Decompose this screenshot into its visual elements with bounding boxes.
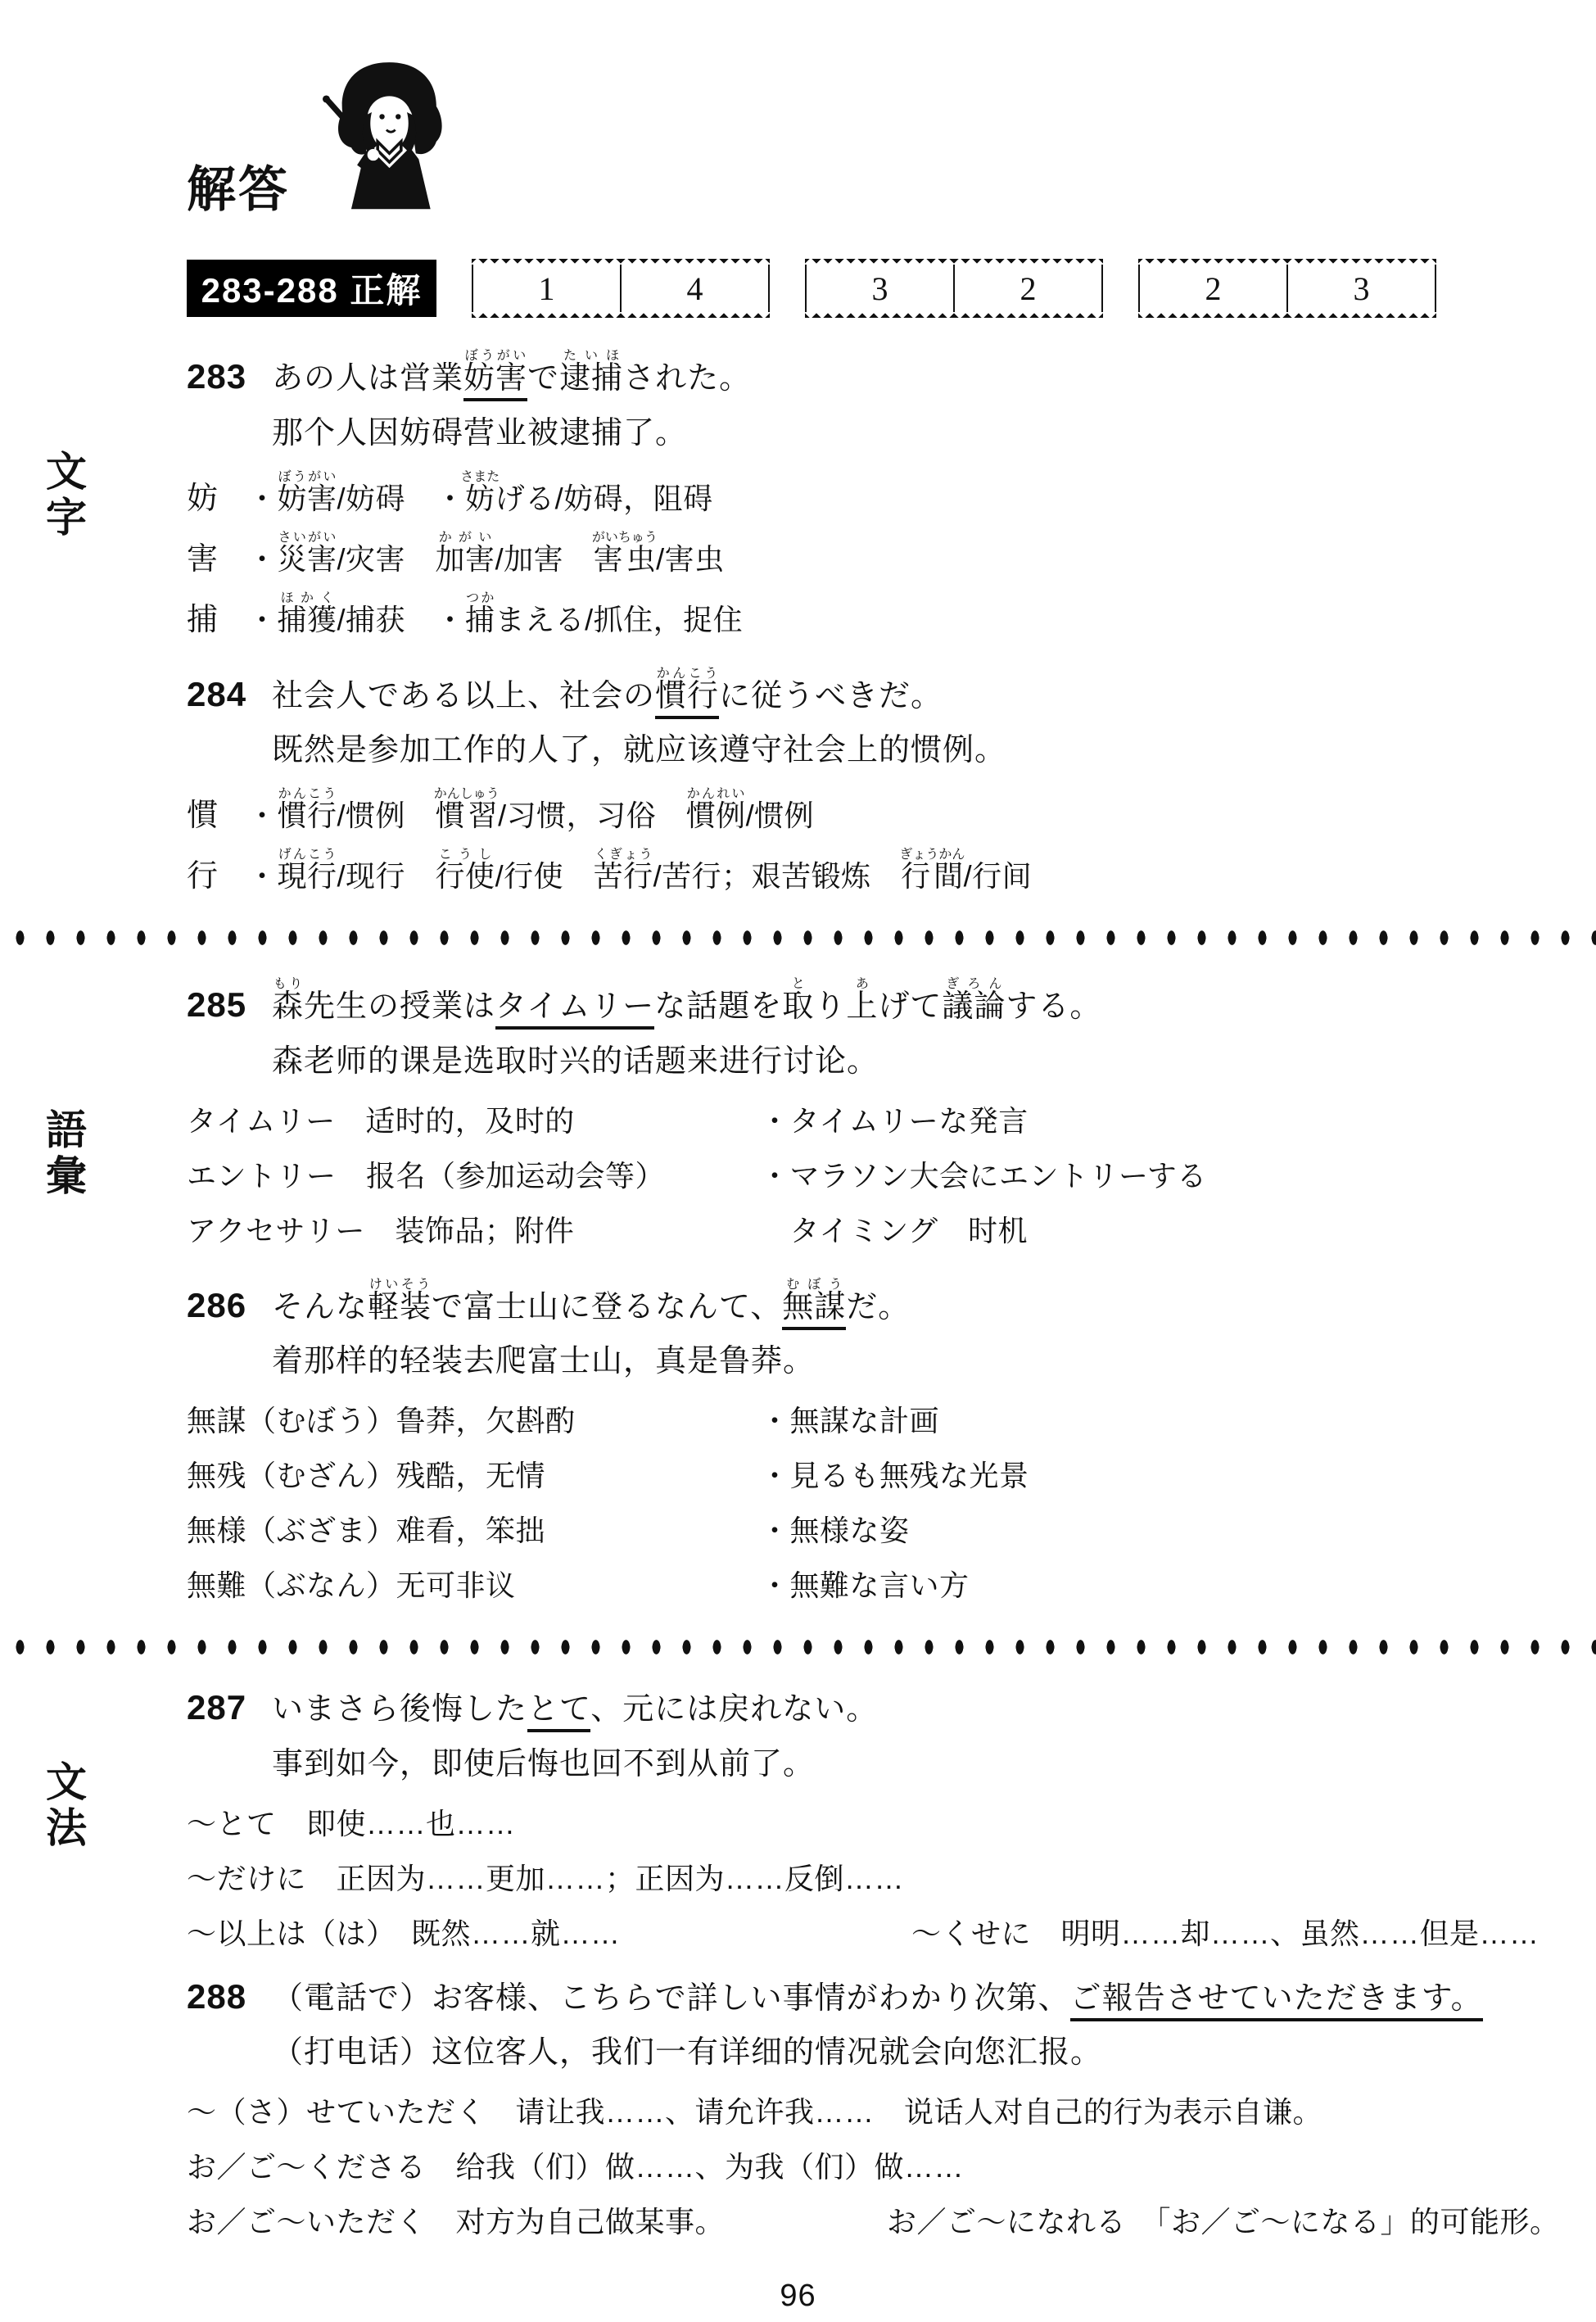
explanation-lines: タイムリー 适时的，及时的・タイムリーな発言エントリー 报名（参加运动会等）・マ…	[187, 1098, 1547, 1250]
explanation-line: ～以上は（は） 既然……就……～くせに 明明……却……、虽然……但是……	[187, 1911, 1547, 1953]
explanation-column: 無難（ぶなん）无可非议	[187, 1563, 760, 1605]
chinese-translation: 森老师的课是选取时兴的话题来进行讨论。	[272, 1035, 1547, 1080]
answer-cell: 2	[953, 265, 1101, 312]
explanation-column: ・現行げんこう/现行 行使こうし/行使 苦行くぎょう/苦行；艰苦锻炼 行間ぎょう…	[247, 848, 1032, 895]
explanation-column: ・妨害ぼうがい/妨碍 ・妨さまたげる/妨碍，阻碍	[247, 470, 713, 518]
explanation-column: アクセサリー 装饰品；附件	[187, 1208, 760, 1250]
explanation-column: エントリー 报名（参加运动会等）	[187, 1153, 760, 1195]
kanji-head: 行	[187, 850, 247, 895]
question-285: 285 森もり先生の授業はタイムリーな話題を取とり上あげて議論ぎろんする。 森老…	[187, 977, 1547, 1250]
question-number: 283	[187, 357, 255, 396]
answer-cell: 1	[473, 265, 620, 312]
explanation-lines: ～とて 即使……也……～だけに 正因为……更加……；正因为……反倒……～以上は（…	[187, 1801, 1547, 1953]
explanation-column: お／ご～くださる 给我（们）做……、为我（们）做……	[187, 2144, 964, 2186]
explanation-line: 無難（ぶなん）无可非议・無難な言い方	[187, 1563, 1547, 1605]
explanation-lines: 慣・慣行かんこう/惯例 慣習かんしゅう/习惯，习俗 慣例かんれい/惯例行・現行げ…	[187, 787, 1547, 895]
answer-range-label: 283-288 正解	[187, 260, 436, 317]
question-number: 288	[187, 1977, 255, 2016]
question-286: 286 そんな軽装けいそうで富士山に登るなんて、無謀むぼうだ。 着那样的轻装去爬…	[187, 1278, 1547, 1605]
question-287: 287 いまさら後悔したとて、元には戻れない。 事到如今，即使后悔也回不到从前了…	[187, 1688, 1547, 1953]
explanation-line: 慣・慣行かんこう/惯例 慣習かんしゅう/习惯，习俗 慣例かんれい/惯例	[187, 787, 1547, 835]
explanation-column: ・災害さいがい/灾害 加害かがい/加害 害虫がいちゅう/害虫	[247, 531, 725, 578]
chinese-translation: （打电话）这位客人，我们一有详细的情况就会向您汇报。	[272, 2026, 1547, 2071]
explanation-line: 妨・妨害ぼうがい/妨碍 ・妨さまたげる/妨碍，阻碍	[187, 470, 1547, 518]
explanation-line: 無謀（むぼう）鲁莽，欠斟酌・無謀な計画	[187, 1398, 1547, 1440]
explanation-column: タイミング 时机	[760, 1208, 1028, 1250]
sidebar-label-bunpou: 文法	[43, 1759, 92, 1851]
explanation-line: ～とて 即使……也……	[187, 1801, 1547, 1843]
explanation-column: お／ご～いただく 对方为自己做某事。	[187, 2199, 887, 2241]
answer-box-1: 1 4	[472, 265, 770, 312]
explanation-column: ・タイムリーな発言	[760, 1098, 1029, 1140]
header: 解答	[187, 45, 1596, 221]
chinese-translation: 着那样的轻装去爬富士山，真是鲁莽。	[272, 1335, 1547, 1380]
explanation-column: ～（さ）せていただく 请让我……、请允许我…… 说话人对自己的行为表示自谦。	[187, 2089, 1322, 2131]
chinese-translation: 既然是参加工作的人了，就应该遵守社会上的惯例。	[272, 724, 1547, 769]
girl-teacher-illustration	[301, 53, 477, 221]
chinese-translation: 那个人因妨碍营业被逮捕了。	[272, 407, 1547, 452]
page-title: 解答	[187, 165, 290, 221]
question-283: 283 あの人は営業妨害ぼうがいで逮捕たいほされた。 那个人因妨碍营业被逮捕了。…	[187, 349, 1547, 639]
explanation-line: エントリー 报名（参加运动会等）・マラソン大会にエントリーする	[187, 1153, 1547, 1195]
sidebar-label-goi: 語彙	[43, 1107, 92, 1199]
question-number: 284	[187, 675, 255, 714]
explanation-column: タイムリー 适时的，及时的	[187, 1098, 760, 1140]
answer-cell: 4	[620, 265, 768, 312]
explanation-column: ～だけに 正因为……更加……；正因为……反倒……	[187, 1856, 911, 1898]
explanation-column: ・無難な言い方	[760, 1563, 970, 1605]
explanation-line: 無様（ぶざま）难看，笨拙・無様な姿	[187, 1508, 1547, 1550]
question-sentence: 社会人である以上、社会の慣行かんこうに従うべきだ。	[272, 667, 943, 717]
question-284: 284 社会人である以上、社会の慣行かんこうに従うべきだ。 既然是参加工作的人了…	[187, 667, 1547, 896]
explanation-column: 無残（むざん）残酷，无情	[187, 1453, 760, 1495]
explanation-column: ～以上は（は） 既然……就……	[187, 1911, 911, 1953]
question-sentence: （電話で）お客様、こちらで詳しい事情がわかり次第、ご報告させていただきます。	[272, 1980, 1483, 2019]
question-sentence: そんな軽装けいそうで富士山に登るなんて、無謀むぼうだ。	[272, 1278, 910, 1328]
explanation-line: 行・現行げんこう/现行 行使こうし/行使 苦行くぎょう/苦行；艰苦锻炼 行間ぎょ…	[187, 848, 1547, 895]
explanation-line: お／ご～いただく 对方为自己做某事。お／ご～になれる 「お／ご～になる」的可能形…	[187, 2199, 1547, 2241]
explanation-lines: ～（さ）せていただく 请让我……、请允许我…… 说话人对自己的行为表示自谦。お／…	[187, 2089, 1547, 2241]
question-number: 285	[187, 985, 255, 1025]
answer-cell: 2	[1140, 265, 1286, 312]
explanation-column: ・見るも無残な光景	[760, 1453, 1029, 1495]
question-288: 288 （電話で）お客様、こちらで詳しい事情がわかり次第、ご報告させていただきま…	[187, 1977, 1547, 2242]
answer-key-strip: 283-288 正解 1 4 3 2 2 3	[187, 256, 1596, 321]
explanation-lines: 妨・妨害ぼうがい/妨碍 ・妨さまたげる/妨碍，阻碍害・災害さいがい/灾害 加害か…	[187, 470, 1547, 639]
kanji-head: 慣	[187, 790, 247, 835]
explanation-line: 無残（むざん）残酷，无情・見るも無残な光景	[187, 1453, 1547, 1495]
dotted-divider	[0, 1637, 1596, 1657]
explanation-column: ・無謀な計画	[760, 1398, 939, 1440]
explanation-column: ・マラソン大会にエントリーする	[760, 1153, 1207, 1195]
question-sentence: いまさら後悔したとて、元には戻れない。	[272, 1691, 878, 1730]
chinese-translation: 事到如今，即使后悔也回不到从前了。	[272, 1738, 1547, 1783]
explanation-line: ～だけに 正因为……更加……；正因为……反倒……	[187, 1856, 1547, 1898]
answer-box-3: 2 3	[1138, 265, 1436, 312]
kanji-head: 妨	[187, 473, 247, 518]
page: 文字 語彙 文法 解答 283-288 正	[0, 0, 1596, 2314]
answer-cell: 3	[1286, 265, 1435, 312]
explanation-line: ～（さ）せていただく 请让我……、请允许我…… 说话人对自己的行为表示自谦。	[187, 2089, 1547, 2131]
explanation-column: ～とて 即使……也……	[187, 1801, 911, 1843]
kanji-head: 害	[187, 533, 247, 578]
explanation-column: ～くせに 明明……却……、虽然……但是……	[911, 1911, 1539, 1953]
dotted-divider	[0, 928, 1596, 948]
explanation-lines: 無謀（むぼう）鲁莽，欠斟酌・無謀な計画無残（むざん）残酷，无情・見るも無残な光景…	[187, 1398, 1547, 1605]
question-sentence: あの人は営業妨害ぼうがいで逮捕たいほされた。	[272, 349, 751, 399]
explanation-line: お／ご～くださる 给我（们）做……、为我（们）做……	[187, 2144, 1547, 2186]
explanation-column: ・捕獲ほかく/捕获 ・捕つかまえる/抓住，捉住	[247, 591, 743, 639]
explanation-line: 害・災害さいがい/灾害 加害かがい/加害 害虫がいちゅう/害虫	[187, 531, 1547, 578]
kanji-head: 捕	[187, 594, 247, 639]
answer-cell: 3	[807, 265, 953, 312]
answer-box-2: 3 2	[805, 265, 1103, 312]
explanation-column: ・慣行かんこう/惯例 慣習かんしゅう/习惯，习俗 慣例かんれい/惯例	[247, 787, 814, 835]
explanation-line: アクセサリー 装饰品；附件 タイミング 时机	[187, 1208, 1547, 1250]
explanation-column: ・無様な姿	[760, 1508, 910, 1550]
sidebar-label-moji: 文字	[43, 449, 92, 541]
explanation-column: 無謀（むぼう）鲁莽，欠斟酌	[187, 1398, 760, 1440]
page-number: 96	[0, 2279, 1596, 2314]
explanation-column: 無様（ぶざま）难看，笨拙	[187, 1508, 760, 1550]
explanation-line: 捕・捕獲ほかく/捕获 ・捕つかまえる/抓住，捉住	[187, 591, 1547, 639]
question-number: 287	[187, 1688, 255, 1727]
explanation-line: タイムリー 适时的，及时的・タイムリーな発言	[187, 1098, 1547, 1140]
question-sentence: 森もり先生の授業はタイムリーな話題を取とり上あげて議論ぎろんする。	[272, 977, 1101, 1027]
question-number: 286	[187, 1286, 255, 1325]
explanation-column: お／ご～になれる 「お／ご～になる」的可能形。	[887, 2199, 1560, 2241]
